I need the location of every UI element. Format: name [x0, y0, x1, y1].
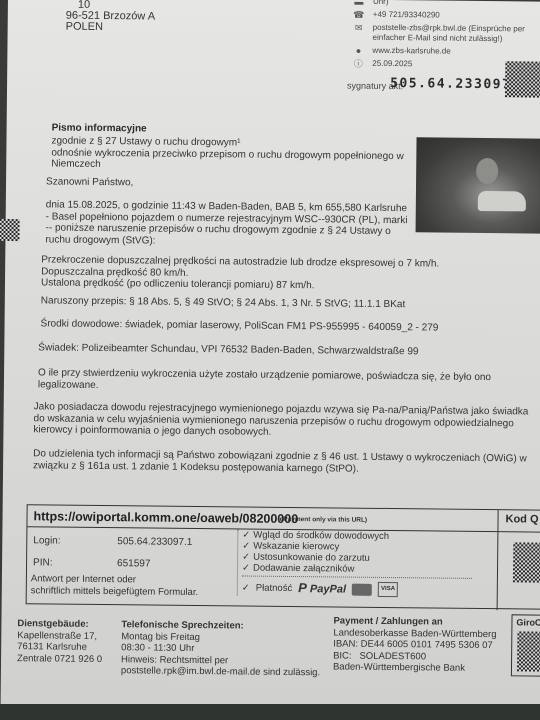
pin-label: PIN: — [33, 557, 53, 568]
evidence-means: Środki dowodowe: świadek, pomiar laserow… — [41, 318, 439, 334]
violated-regulation: Naruszony przepis: § 18 Abs. 5, § 49 StV… — [41, 295, 406, 310]
check-icon: ✓ — [242, 551, 250, 562]
portal-note: (ePayment only via this URL) — [277, 516, 367, 524]
driver-silhouette — [476, 158, 498, 184]
letter-date: 25.09.2025 — [372, 59, 412, 69]
datamatrix-code — [505, 61, 540, 97]
qr-code-label: Kod Q — [505, 513, 538, 525]
divider — [242, 575, 472, 578]
datamatrix-code-side — [0, 219, 20, 241]
login-value: 505.64.233097.1 — [117, 536, 192, 548]
login-label: Login: — [33, 535, 60, 546]
online-portal-box: https://owiportal.komm.one/oaweb/0820000… — [26, 504, 540, 610]
clock-icon: ▬ — [353, 0, 365, 7]
check-icon: ✓ — [242, 529, 250, 540]
incident-paragraph: dnia 15.08.2025, o godzinie 11:43 w Bade… — [45, 199, 407, 249]
girocode-qr — [517, 631, 540, 671]
email: poststelle-zbs@rpk.bwl.de (Einsprüche pe… — [373, 23, 525, 45]
vehicle-silhouette — [478, 191, 526, 212]
letter-subtitle: zgodnie z § 27 Ustawy o ruchu drogowym¹ … — [51, 135, 404, 173]
hours-tail: Uhr) — [373, 0, 389, 7]
qr-code — [513, 542, 540, 582]
letter-page: Odpowiedzialności 10 96-521 Brzozów A PO… — [1, 0, 540, 710]
globe-icon: ● — [352, 46, 364, 56]
answer-instructions: Antwort per Internet oder schriftlich mi… — [31, 573, 199, 599]
info-icon: ⓘ — [352, 59, 364, 69]
paypal-logo: P PayPal — [298, 582, 346, 596]
phone-hours: Telefonische Sprechzeiten: Montag bis Fr… — [121, 619, 321, 679]
payment-options: ✓ Płatność P PayPal VISA — [242, 580, 477, 597]
portal-url[interactable]: https://owiportal.komm.one/oaweb/0820000… — [33, 509, 298, 526]
violation-details: Przekroczenie dopuszczalnej prędkości na… — [41, 254, 439, 293]
website-link[interactable]: www.zbs-karlsruhe.de — [372, 46, 450, 57]
witness-request-paragraph: Jako posiadacza dowodu rejestracyjnego w… — [33, 401, 528, 441]
letter-title: Pismo informacyjne — [52, 122, 147, 134]
phone-number: +49 721/93340290 — [373, 10, 440, 21]
calibration-paragraph: O ile przy stwierdzeniu wykroczenia użyt… — [38, 367, 491, 395]
payment-details: Payment / Zahlungen an Landesoberkasse B… — [333, 615, 497, 674]
recipient-country: POLEN — [66, 22, 158, 34]
payment-label: Płatność — [256, 583, 293, 594]
divider — [497, 510, 499, 610]
pin-value: 651597 — [117, 558, 150, 569]
visa-logo: VISA — [378, 582, 398, 597]
office-address: Dienstgebäude: Kapellenstraße 17, 76131 … — [17, 618, 103, 665]
salutation: Szanowni Państwo, — [46, 176, 133, 188]
fax-icon: ☎ — [353, 10, 365, 20]
girocode-box: GiroCo — [511, 614, 540, 677]
divider — [497, 531, 540, 533]
girocode-label: GiroCo — [516, 617, 540, 627]
sender-contact: ▬Uhr) ☎+49 721/93340290 ✉poststelle-zbs@… — [352, 0, 525, 73]
legal-obligation-paragraph: Do udzielenia tych informacji są Państwo… — [33, 448, 527, 476]
portal-features: ✓Wgląd do środków dowodowych ✓Wskazanie … — [237, 529, 478, 598]
check-icon: ✓ — [242, 540, 250, 551]
check-icon: ✓ — [242, 562, 250, 573]
witness: Świadek: Polizeibeamter Schundau, VPI 76… — [38, 342, 418, 357]
mastercard-logo — [352, 583, 372, 595]
check-icon: ✓ — [242, 582, 250, 593]
envelope-icon: ✉ — [353, 23, 365, 33]
evidence-photo — [416, 137, 540, 233]
feature-item: ✓Dodawanie załączników — [242, 562, 477, 575]
background-surface — [0, 704, 540, 720]
recipient-address: Odpowiedzialności 10 96-521 Brzozów A PO… — [66, 0, 158, 34]
